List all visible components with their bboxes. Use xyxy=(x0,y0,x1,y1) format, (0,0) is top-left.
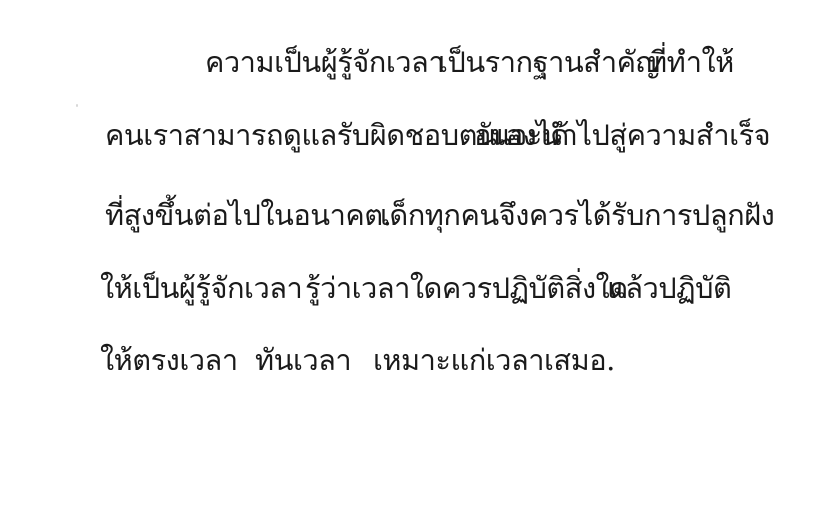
text-segment: ที่ทำให้ xyxy=(648,42,734,82)
paragraph-line-3: ที่สูงขึ้นต่อไปในอนาคต.เด็กทุกคนจึงควรได… xyxy=(105,195,774,235)
scan-speck xyxy=(76,104,78,107)
text-segment: เป็นรากฐานสำคัญ xyxy=(438,42,621,82)
text-segment: แล้วปฏิบัติ xyxy=(607,268,731,308)
text-segment: อันจะนำไปสู่ความสำเร็จ xyxy=(474,115,770,155)
text-segment: ความเป็นผู้รู้จักเวลา xyxy=(205,42,410,82)
document-page: ความเป็นผู้รู้จักเวลาเป็นรากฐานสำคัญที่ท… xyxy=(0,0,820,510)
paragraph-line-4: ให้เป็นผู้รู้จักเวลารู้ว่าเวลาใดควรปฏิบั… xyxy=(100,268,731,308)
text-segment: ให้ตรงเวลา xyxy=(100,340,220,380)
text-segment: ทันเวลา xyxy=(255,340,335,380)
text-segment: เหมาะแก่เวลาเสมอ. xyxy=(373,340,615,380)
text-segment: คนเราสามารถดูแลรับผิดชอบตนเองได้ xyxy=(105,115,450,155)
paragraph-line-5: ให้ตรงเวลาทันเวลาเหมาะแก่เวลาเสมอ. xyxy=(100,340,615,380)
paragraph-line-2: คนเราสามารถดูแลรับผิดชอบตนเองได้อันจะนำไ… xyxy=(105,115,770,155)
paragraph-line-1: ความเป็นผู้รู้จักเวลาเป็นรากฐานสำคัญที่ท… xyxy=(205,42,734,82)
text-segment: เด็กทุกคนจึงควรได้รับการปลูกฝัง xyxy=(380,195,774,235)
text-segment: รู้ว่าเวลาใดควรปฏิบัติสิ่งใด xyxy=(305,268,567,308)
text-segment: ที่สูงขึ้นต่อไปในอนาคต. xyxy=(105,195,330,235)
text-segment: ให้เป็นผู้รู้จักเวลา xyxy=(100,268,275,308)
